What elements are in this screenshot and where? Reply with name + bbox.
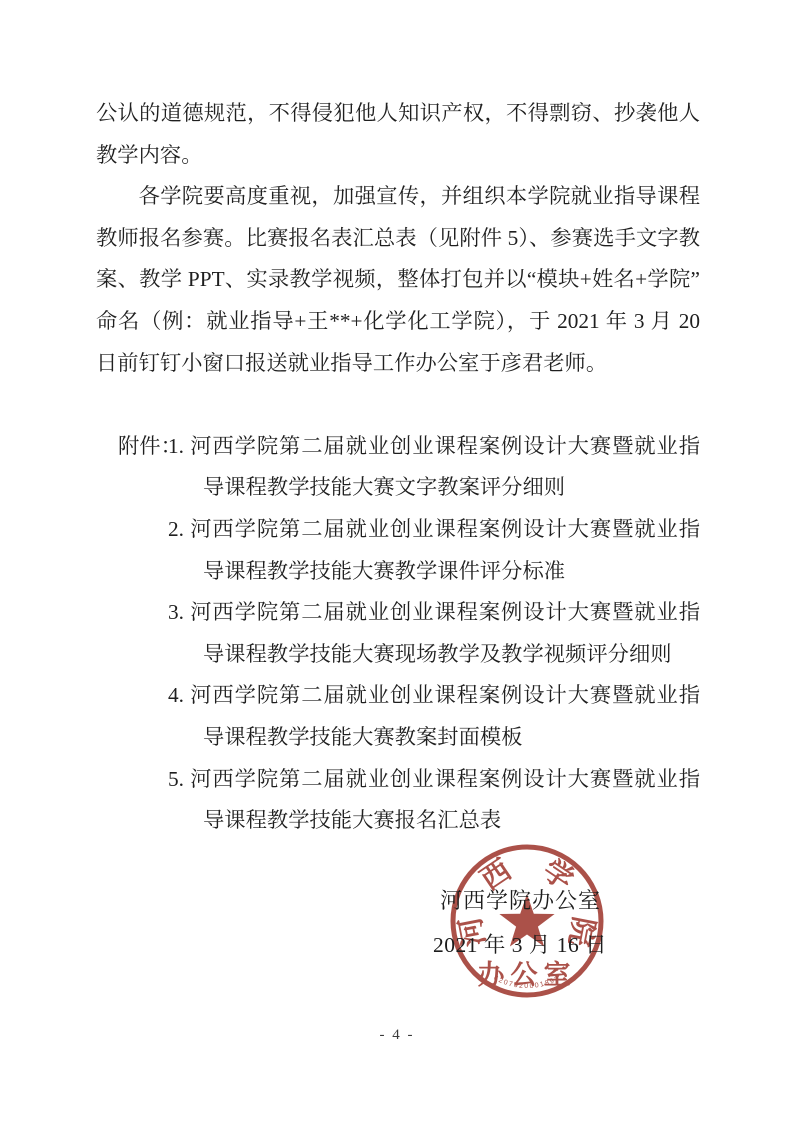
attachment-item-text: 5. 河西学院第二届就业创业课程案例设计大赛暨就业指	[168, 767, 700, 791]
document-body: 公认的道德规范，不得侵犯他人知识产权，不得剽窃、抄袭他人教学内容。各学院要高度重…	[96, 93, 700, 842]
attachment-item-5-line-2: 导课程教学技能大赛报名汇总表	[96, 800, 700, 842]
attachment-item-2-line-2: 导课程教学技能大赛教学课件评分标准	[96, 551, 700, 593]
paragraph-2-line: 命名（例：就业指导+王**+化学化工学院），于 2021 年 3 月 20	[96, 301, 700, 343]
page-number: - 4 -	[0, 1027, 794, 1044]
attachment-item-text: 4. 河西学院第二届就业创业课程案例设计大赛暨就业指	[168, 683, 700, 707]
paragraph-2-line: 日前钉钉小窗口报送就业指导工作办公室于彦君老师。	[96, 343, 700, 385]
paragraphs: 公认的道德规范，不得侵犯他人知识产权，不得剽窃、抄袭他人教学内容。各学院要高度重…	[96, 93, 700, 384]
attachment-item-5-line-1: 5. 河西学院第二届就业创业课程案例设计大赛暨就业指	[96, 759, 700, 801]
attachment-item-2-line-1: 2. 河西学院第二届就业创业课程案例设计大赛暨就业指	[96, 509, 700, 551]
paragraph-2-line: 案、教学 PPT、实录教学视频，整体打包并以“模块+姓名+学院”	[96, 259, 700, 301]
attachment-item-3-line-2: 导课程教学技能大赛现场教学及教学视频评分细则	[96, 634, 700, 676]
document-page: 公认的道德规范，不得侵犯他人知识产权，不得剽窃、抄袭他人教学内容。各学院要高度重…	[0, 0, 794, 1123]
attachment-item-text: 1. 河西学院第二届就业创业课程案例设计大赛暨就业指	[168, 434, 700, 458]
attachment-item-text: 3. 河西学院第二届就业创业课程案例设计大赛暨就业指	[168, 600, 700, 624]
paragraph-2-line: 各学院要高度重视，加强宣传，并组织本学院就业指导课程	[96, 176, 700, 218]
signature-date: 2021 年 3 月 16 日	[433, 928, 607, 959]
attachment-item-1-line-2: 导课程教学技能大赛文字教案评分细则	[96, 467, 700, 509]
blank-line	[96, 384, 700, 426]
attachment-item-4-line-1: 4. 河西学院第二届就业创业课程案例设计大赛暨就业指	[96, 675, 700, 717]
attachment-item-text: 2. 河西学院第二届就业创业课程案例设计大赛暨就业指	[168, 517, 700, 541]
official-seal: 河 西 学 院 办公室 6207020001892	[444, 838, 610, 1004]
paragraph-1-line: 教学内容。	[96, 135, 700, 177]
attachments-label: 附件：	[118, 426, 182, 468]
attachments-block: 附件：1. 河西学院第二届就业创业课程案例设计大赛暨就业指导课程教学技能大赛文字…	[96, 426, 700, 842]
signature-organization: 河西学院办公室	[440, 884, 601, 915]
attachment-item-1-line-1: 附件：1. 河西学院第二届就业创业课程案例设计大赛暨就业指	[96, 426, 700, 468]
paragraph-1-line: 公认的道德规范，不得侵犯他人知识产权，不得剽窃、抄袭他人	[96, 93, 700, 135]
attachment-item-4-line-2: 导课程教学技能大赛教案封面模板	[96, 717, 700, 759]
paragraph-2-line: 教师报名参赛。比赛报名表汇总表（见附件 5）、参赛选手文字教	[96, 218, 700, 260]
attachment-item-3-line-1: 3. 河西学院第二届就业创业课程案例设计大赛暨就业指	[96, 592, 700, 634]
